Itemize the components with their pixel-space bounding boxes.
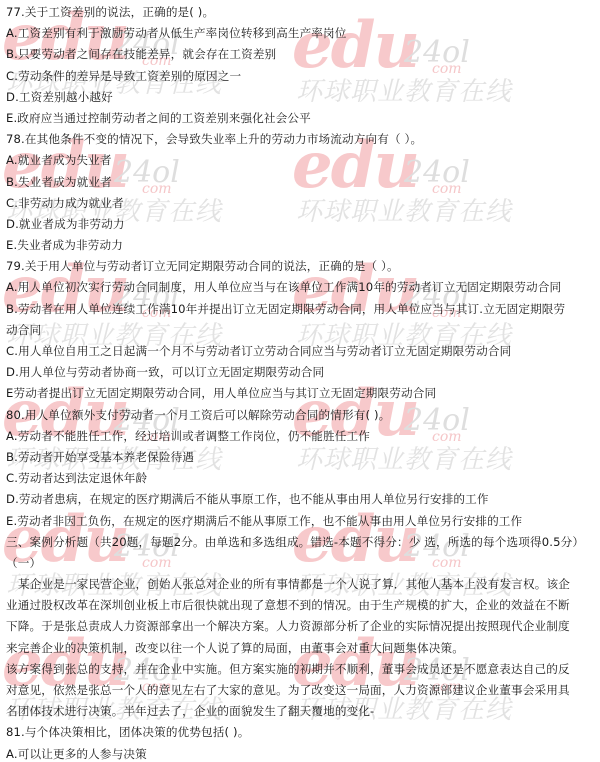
question-stem: 77.关于工资差别的说法，正确的是( )。	[6, 2, 600, 23]
exam-document: 77.关于工资差别的说法，正确的是( )。 A.工资差别有利于激励劳动者从低生产…	[6, 2, 600, 762]
case-paragraph-line: 业通过股权改革在深圳创业板上市后很快就出现了意想不到的情况。由于生产规模的扩大，…	[6, 595, 600, 616]
option-d: D.用人单位与劳动者协商一致，可以订立无固定期限劳动合同	[6, 362, 600, 383]
question-77: 77.关于工资差别的说法，正确的是( )。 A.工资差别有利于激励劳动者从低生产…	[6, 2, 600, 129]
option-b-continued: 动合同	[6, 320, 600, 341]
question-stem: 78.在其他条件不变的情况下，会导致失业率上升的劳动力市场流动方向有（ ）。	[6, 129, 600, 150]
option-b: B.劳动者在用人单位连续工作满10年并提出订立无固定期限劳动合同，用人单位应当与…	[6, 299, 600, 320]
option-a: A.用人单位初次实行劳动合同制度，用人单位应当与在该单位工作满10年的劳动者订立…	[6, 277, 600, 298]
question-81: 81.与个体决策相比，团体决策的优势包括( )。 A.可以让更多的人参与决策	[6, 722, 600, 762]
option-a: A.劳动者不能胜任工作，经过培训或者调整工作岗位，仍不能胜任工作	[6, 426, 600, 447]
question-79: 79.关于用人单位与劳动者订立无同定期限劳动合同的说法，正确的是（ ）。 A.用…	[6, 256, 600, 404]
option-c: C.劳动条件的差异是导致工资差别的原因之一	[6, 66, 600, 87]
option-b: B.失业者成为就业者	[6, 172, 600, 193]
option-a: A.工资差别有利于激励劳动者从低生产率岗位转移到高生产率岗位	[6, 23, 600, 44]
case-analysis-section: 三、案例分析题（共20题，每题2分。由单选和多选组成。错选-本题不得分：少 选，…	[6, 532, 600, 723]
option-a: A.就业者成为失业者	[6, 150, 600, 171]
question-stem: 79.关于用人单位与劳动者订立无同定期限劳动合同的说法，正确的是（ ）。	[6, 256, 600, 277]
option-e: E.失业者成为非劳动力	[6, 235, 600, 256]
option-d: D.工资差别越小越好	[6, 87, 600, 108]
option-c: C.非劳动力成为就业者	[6, 193, 600, 214]
case-paragraph-line: 下降。于是张总责成人力资源部拿出一个解决方案。人力资源部分析了企业的实际情况提出…	[6, 616, 600, 637]
option-e: E.政府应当通过控制劳动者之间的工资差别来强化社会公平	[6, 108, 600, 129]
case-paragraph-line: 来完善企业的决策机制，改变以往一个人说了算的局面，由董事会对重大问题集体决策。	[6, 638, 600, 659]
section-heading: 三、案例分析题（共20题，每题2分。由单选和多选组成。错选-本题不得分：少 选，…	[6, 532, 600, 553]
option-d: D.就业者成为非劳动力	[6, 214, 600, 235]
case-paragraph-line: 某企业是一家民营企业，创始人张总对企业的所有事情都是一个人说了算．其他人基本上没…	[6, 574, 600, 595]
section-subheading: （一）	[6, 553, 600, 574]
question-stem: 81.与个体决策相比，团体决策的优势包括( )。	[6, 722, 600, 743]
question-78: 78.在其他条件不变的情况下，会导致失业率上升的劳动力市场流动方向有（ ）。 A…	[6, 129, 600, 256]
option-c: C.劳动者达到法定退休年龄	[6, 468, 600, 489]
option-c: C.用人单位自用工之日起满一个月不与劳动者订立劳动合同应当与劳动者订立无固定期限…	[6, 341, 600, 362]
option-e: E劳动者提出订立无固定期限劳动合同，用人单位应当与其订立无固定期限劳动合同	[6, 383, 600, 404]
question-stem: 80.用人单位额外支付劳动者一个月工资后可以解除劳动合同的情形有( )。	[6, 405, 600, 426]
option-b: B.只要劳动者之间存在技能差异，就会存在工资差别	[6, 44, 600, 65]
case-paragraph-line: 该方案得到张总的支持，并在企业中实施。但方案实施的初期并不顺利，董事会成员还是不…	[6, 659, 600, 680]
question-80: 80.用人单位额外支付劳动者一个月工资后可以解除劳动合同的情形有( )。 A.劳…	[6, 405, 600, 532]
case-paragraph-line: 对意见，依然是张总一个人的意见左右了大家的意见。为了改变这一局面，人力资源部建议…	[6, 680, 600, 701]
case-paragraph-line: 名团体技术进行决策。半年过去了，企业的面貌发生了翻天覆地的变化-	[6, 701, 600, 722]
option-e: E.劳动者非因工负伤，在规定的医疗期满后不能从事原工作，也不能从事由用人单位另行…	[6, 511, 600, 532]
option-b: B.劳动者开始享受基本养老保险待遇	[6, 447, 600, 468]
option-a: A.可以让更多的人参与决策	[6, 744, 600, 762]
option-d: D.劳动者患病，在规定的医疗期满后不能从事原工作，也不能从事由用人单位另行安排的…	[6, 489, 600, 510]
